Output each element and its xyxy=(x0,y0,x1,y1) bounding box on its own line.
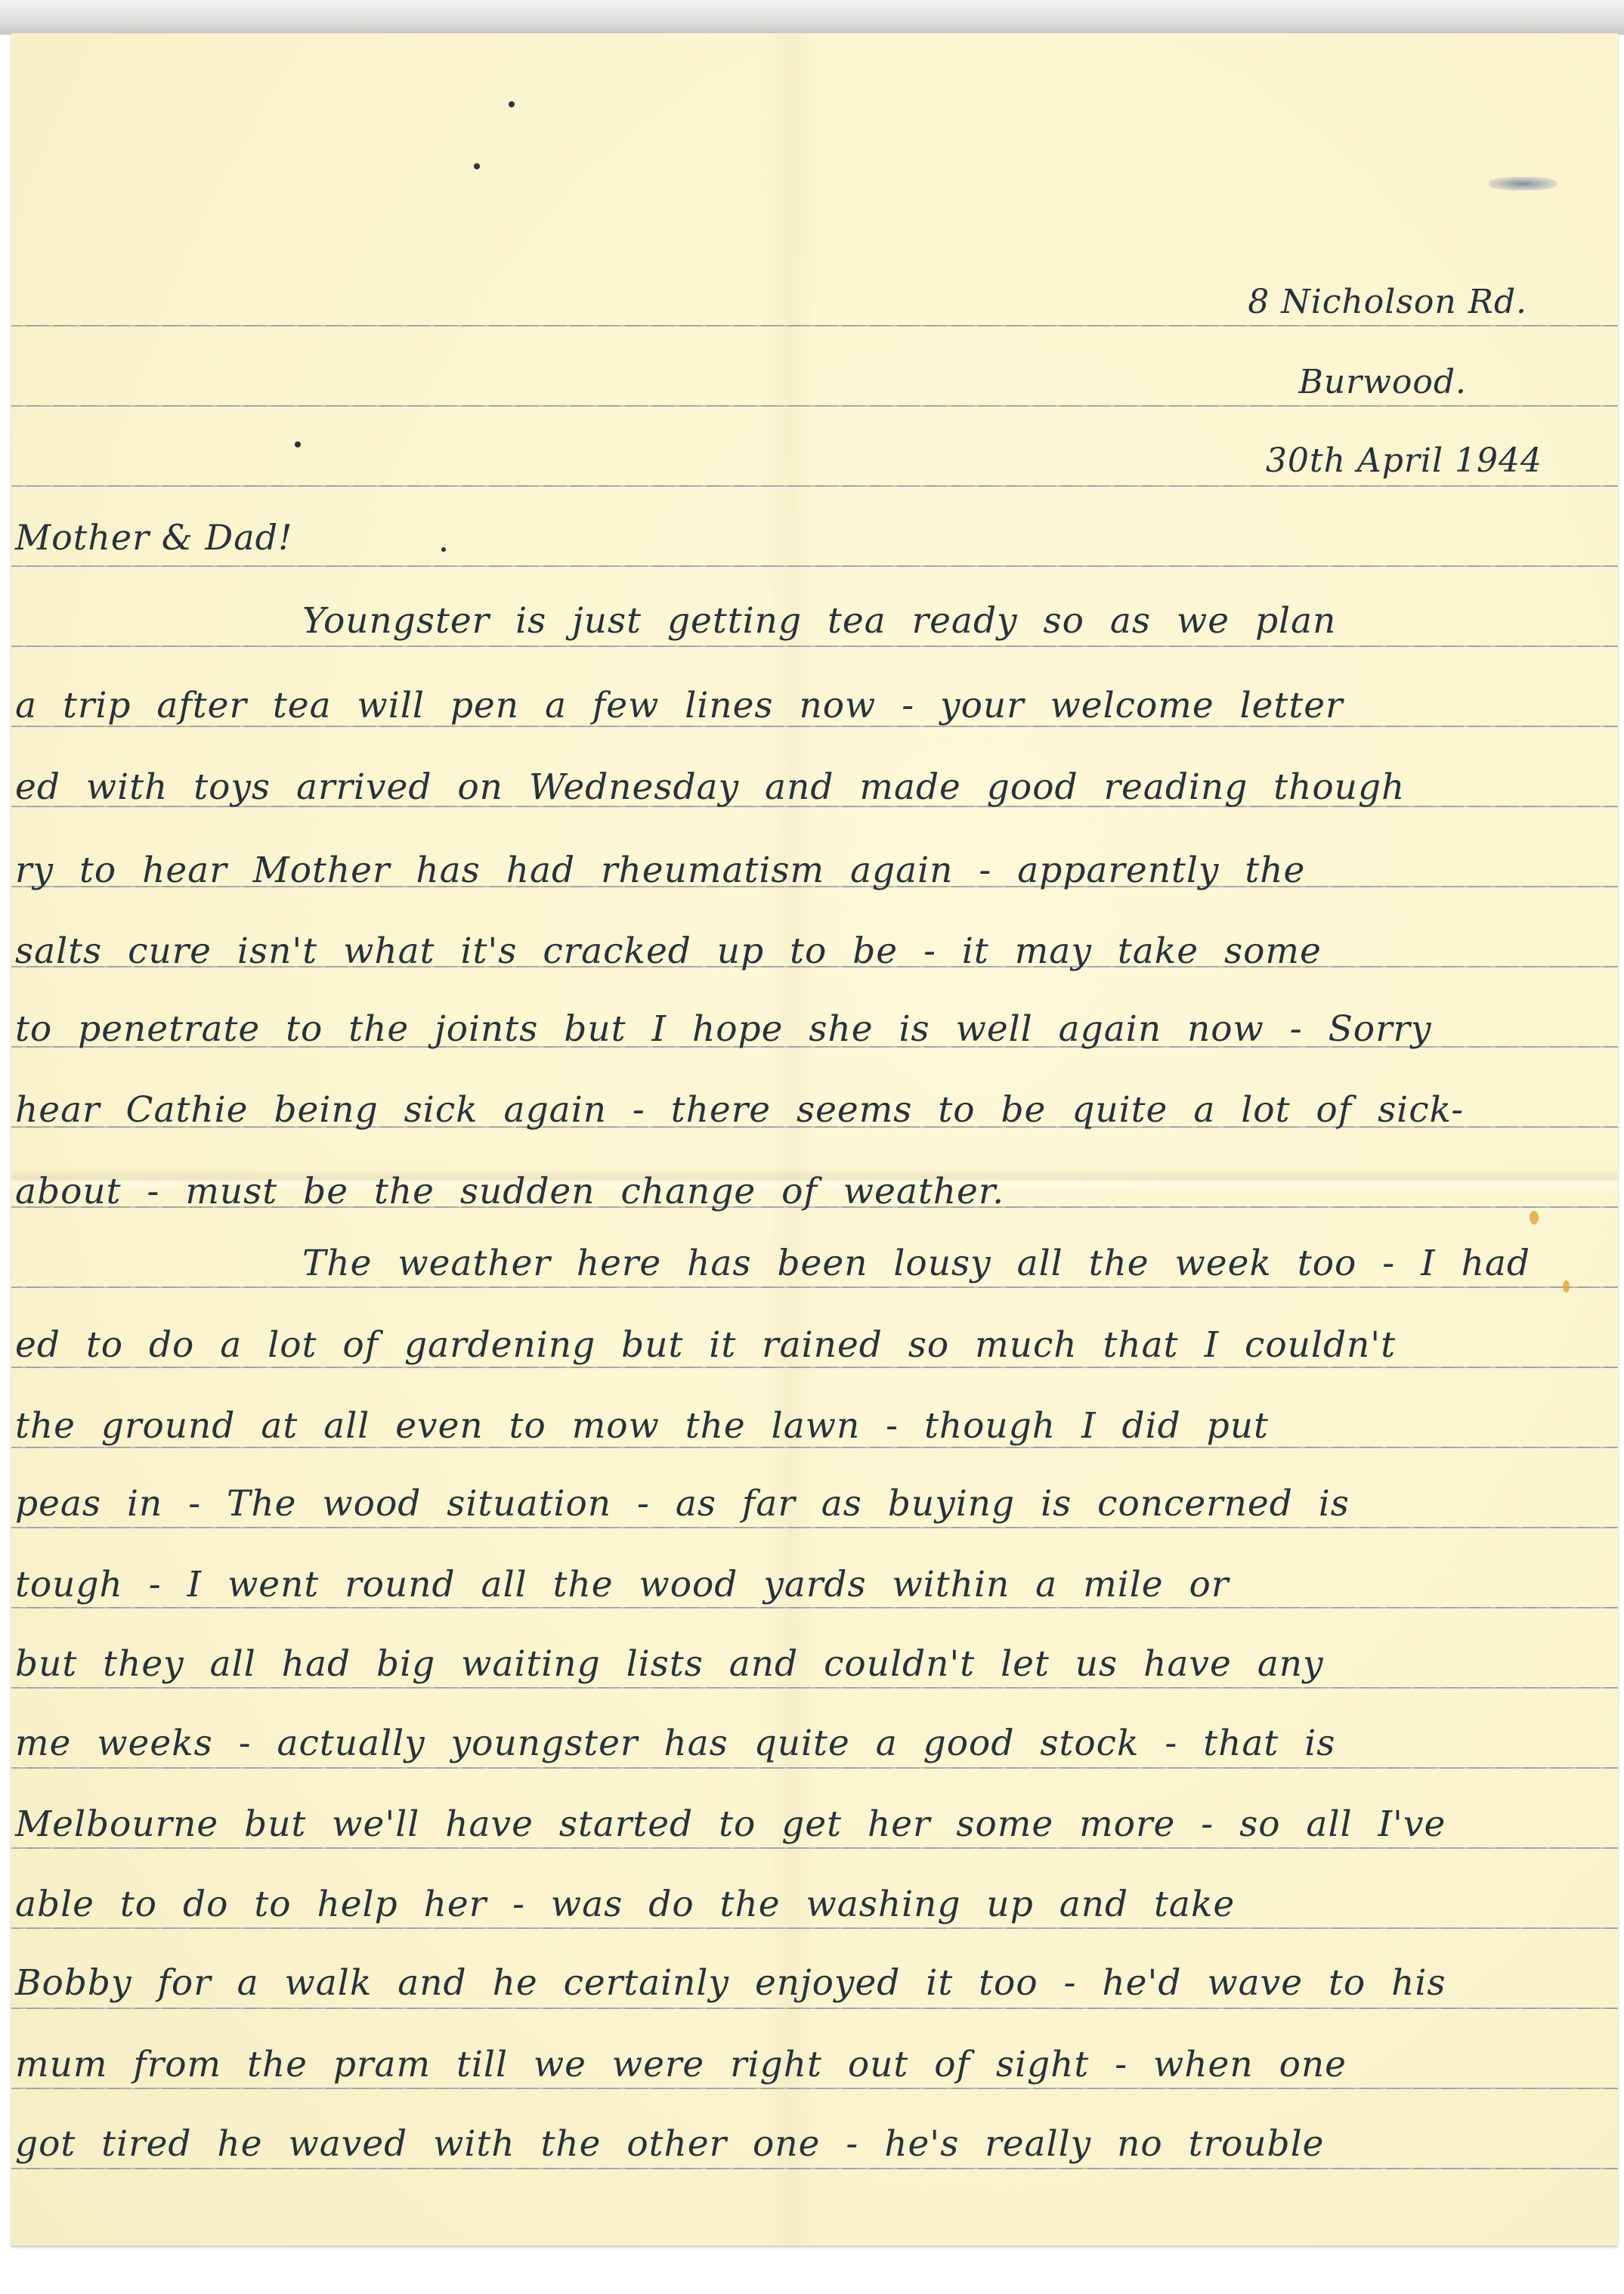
letter-line: Melbourne but we'll have started to get … xyxy=(15,1803,1587,1845)
letter-line: but they all had big waiting lists and c… xyxy=(15,1643,1587,1685)
ruled-line xyxy=(11,1607,1618,1608)
salutation: Mother & Dad! xyxy=(15,517,293,558)
ruled-line xyxy=(11,405,1618,407)
ink-speck xyxy=(441,547,446,552)
ink-speck xyxy=(295,441,301,447)
letter-line: ed with toys arrived on Wednesday and ma… xyxy=(15,766,1587,808)
letter-line: to penetrate to the joints but I hope sh… xyxy=(15,1008,1587,1050)
letter-line: able to do to help her - was do the wash… xyxy=(15,1884,1587,1925)
letter-line: mum from the pram till we were right out… xyxy=(15,2044,1587,2085)
ruled-line xyxy=(11,2088,1618,2089)
stain xyxy=(1530,1211,1539,1224)
letter-line: peas in - The wood situation - as far as… xyxy=(15,1483,1587,1525)
address-suburb: Burwood. xyxy=(1299,363,1468,401)
ruled-line xyxy=(11,645,1618,647)
ruled-line xyxy=(11,1447,1618,1448)
ruled-line xyxy=(11,485,1618,487)
letter-line: a trip after tea will pen a few lines no… xyxy=(15,685,1587,726)
ruled-line xyxy=(11,1927,1618,1929)
letter-line: about - must be the sudden change of wea… xyxy=(15,1171,846,1212)
letter-line: me weeks - actually youngster has quite … xyxy=(15,1723,1587,1764)
letter-date: 30th April 1944 xyxy=(1266,441,1542,480)
ruled-line xyxy=(11,1527,1618,1528)
ruled-line xyxy=(11,325,1618,327)
letter-line: The weather here has been lousy all the … xyxy=(15,1243,1587,1284)
ruled-line xyxy=(11,1687,1618,1689)
letter-line: salts cure isn't what it's cracked up to… xyxy=(15,930,1587,972)
letter-line: the ground at all even to mow the lawn -… xyxy=(15,1405,1587,1447)
ruled-line xyxy=(11,2008,1618,2009)
ink-speck xyxy=(509,101,515,107)
letter-line: hear Cathie being sick again - there see… xyxy=(15,1089,1587,1131)
scan-border-top xyxy=(0,0,1624,35)
letter-page: 8 Nicholson Rd. Burwood. 30th April 1944… xyxy=(11,33,1618,2246)
address-street: 8 Nicholson Rd. xyxy=(1248,283,1527,321)
ruled-line xyxy=(11,2168,1618,2169)
letter-line: tough - I went round all the wood yards … xyxy=(15,1564,1587,1605)
ruled-line xyxy=(11,1767,1618,1769)
ruled-line xyxy=(11,565,1618,567)
letter-line: ed to do a lot of gardening but it raine… xyxy=(15,1324,1587,1366)
ink-smudge xyxy=(1489,177,1557,190)
ruled-line xyxy=(11,1847,1618,1849)
letter-line: Bobby for a walk and he certainly enjoye… xyxy=(15,1962,1587,2004)
ruled-line xyxy=(11,1286,1618,1288)
ruled-line xyxy=(11,1367,1618,1368)
letter-line: ry to hear Mother has had rheumatism aga… xyxy=(15,850,1587,891)
ink-speck xyxy=(474,163,480,169)
letter-line: Youngster is just getting tea ready so a… xyxy=(15,600,1587,642)
letter-line: got tired he waved with the other one - … xyxy=(15,2123,1587,2165)
